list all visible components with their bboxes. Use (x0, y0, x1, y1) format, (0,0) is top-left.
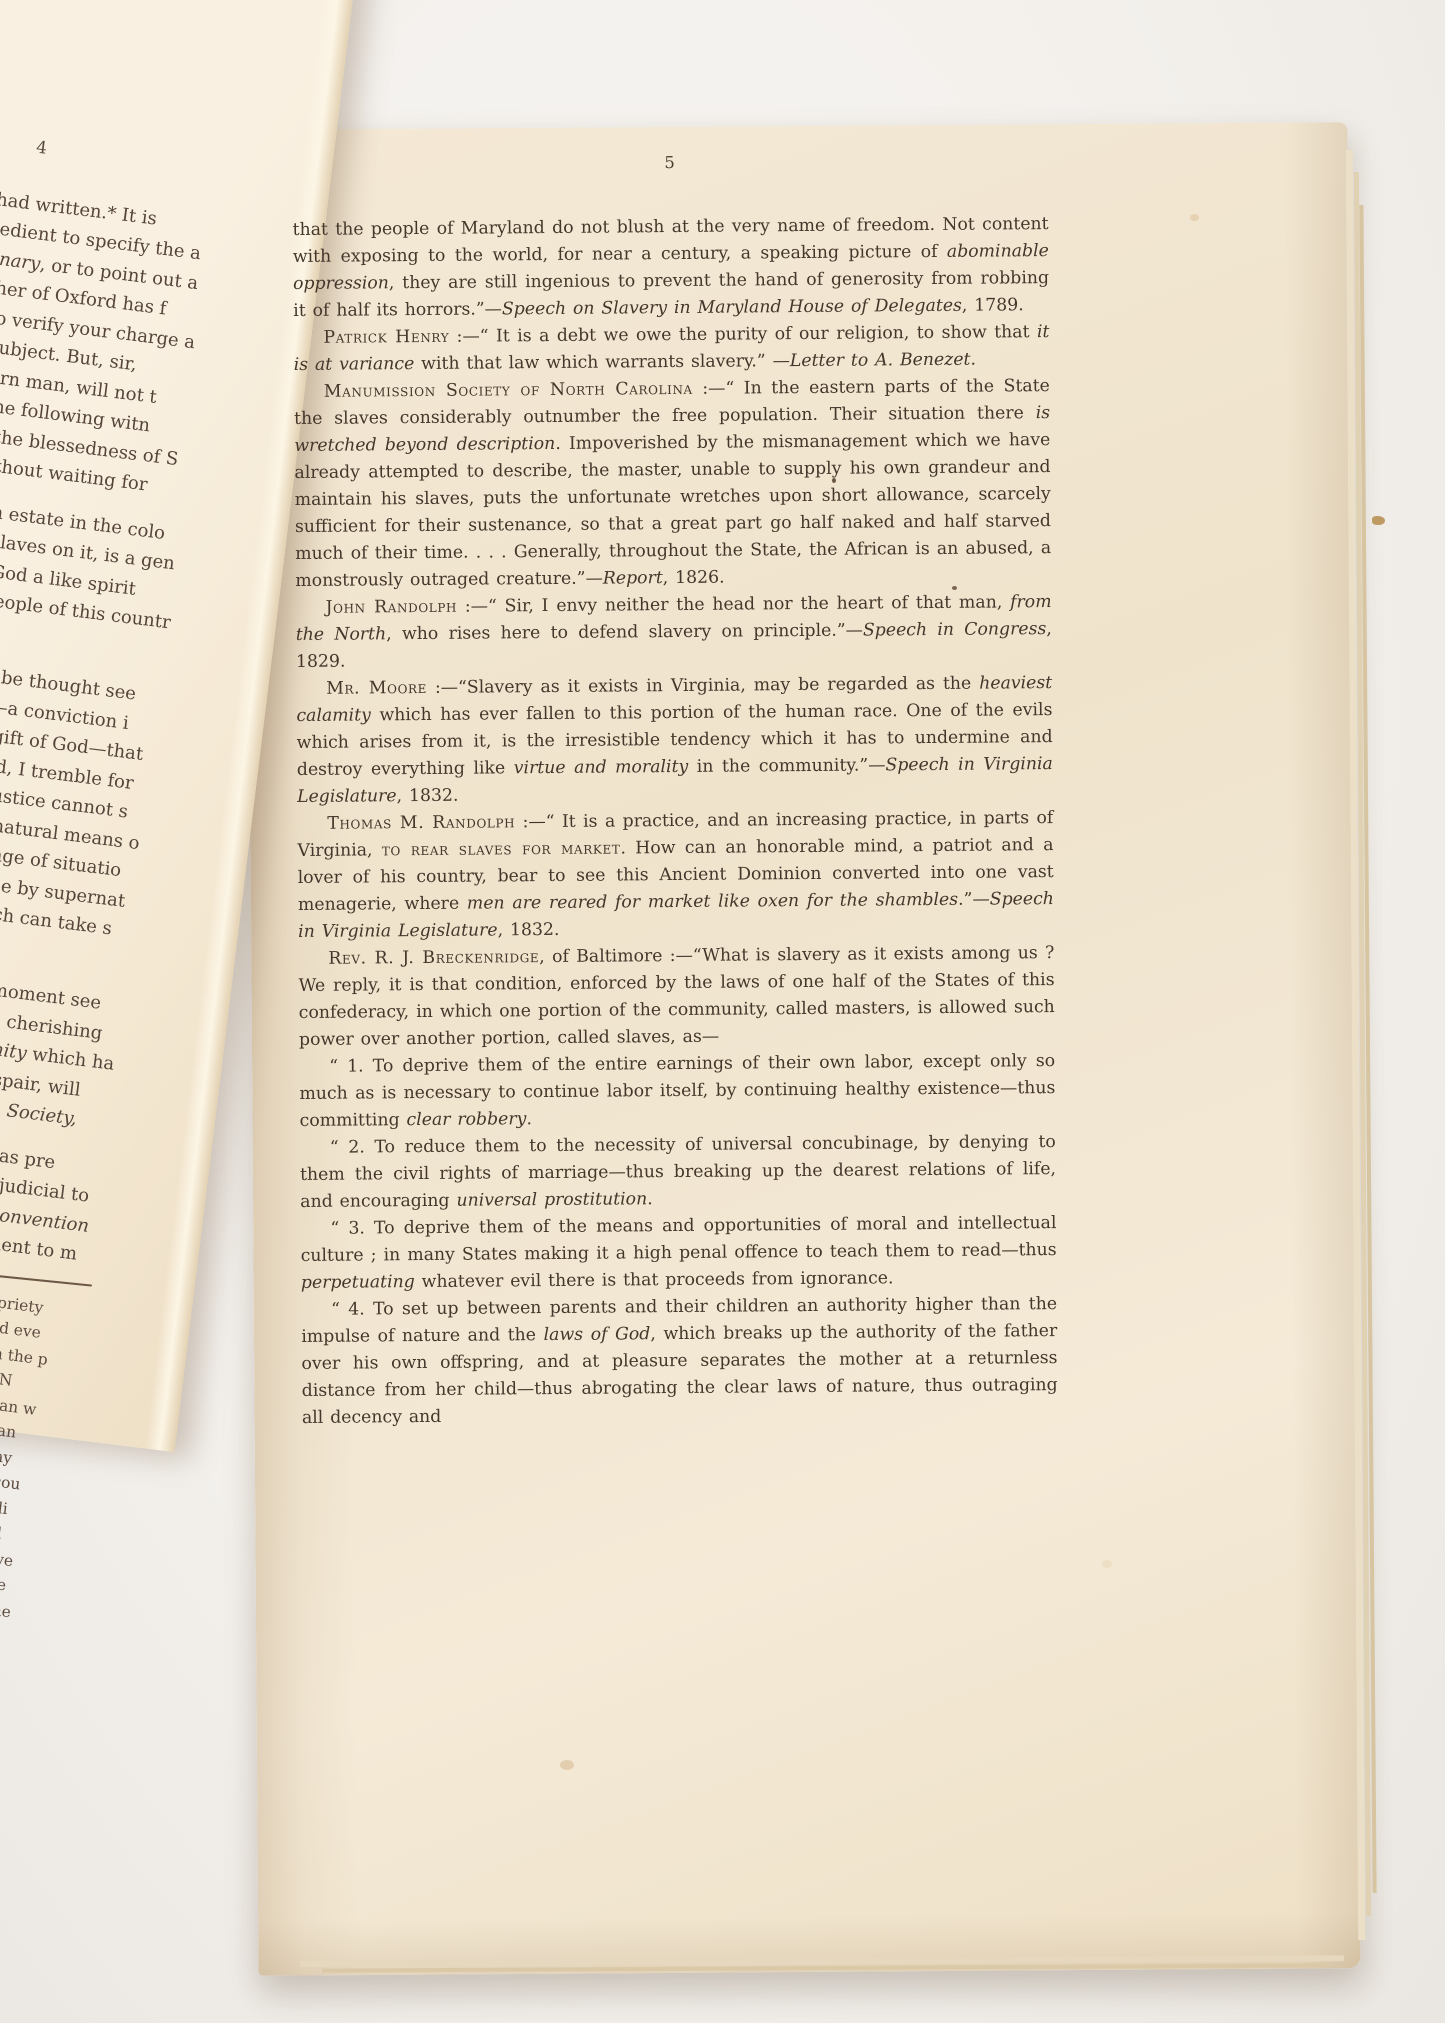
italic-run: Letter to A. Benezet. (790, 350, 976, 371)
text-run: in the community.”— (688, 755, 885, 777)
text-run: gland might with equal propriety (0, 1267, 44, 1317)
book-photo: 4 what he had written.* It isd it inexpe… (0, 0, 1445, 2023)
smallcaps-run: Rev. R. J. Breckenridge (328, 947, 539, 969)
paragraph: “ 4. To set up between parents and their… (301, 1291, 1058, 1432)
foxing-stain (560, 1760, 574, 1770)
paragraph: Patrick Henry :—“ It is a debt we owe th… (293, 319, 1049, 379)
ink-speck (952, 586, 957, 590)
text-run: , 1832. (397, 786, 459, 806)
italic-run: Speech on Slavery in Maryland House of D… (502, 296, 962, 320)
smallcaps-run: Patrick Henry (323, 327, 449, 348)
text-run: , 1832. (498, 920, 560, 940)
text-run: “ 2. To reduce them to the necessity of … (300, 1132, 1056, 1212)
text-run: , 1826. (663, 568, 725, 588)
italic-run: perpetuating (301, 1272, 415, 1293)
italic-run: virtue and morality (514, 757, 689, 778)
text-run: :—“Slavery as it exists in Virginia, may… (427, 674, 979, 698)
smallcaps-run: to rear slaves for market (382, 838, 621, 860)
foxing-stain (1102, 1560, 1112, 1568)
page-number-5: 5 (292, 146, 1048, 179)
text-run: .”— (958, 890, 990, 910)
paragraph: that the people of Maryland do not blush… (293, 211, 1050, 325)
italic-run: universal prostitution (456, 1189, 647, 1210)
paragraph: Thomas M. Randolph :—“ It is a practice,… (297, 805, 1054, 946)
italic-run: clear robbery (406, 1109, 526, 1130)
foxing-stain (1190, 214, 1199, 221)
page5-paragraphs: that the people of Maryland do not blush… (293, 211, 1059, 1432)
paragraph: Rev. R. J. Breckenridge, of Baltimore :—… (298, 940, 1055, 1054)
italic-run: Report (603, 568, 663, 588)
smallcaps-run: Thomas M. Randolph (327, 812, 515, 833)
smallcaps-run: John Randolph (326, 597, 458, 618)
paragraph: “ 3. To deprive them of the means and op… (300, 1210, 1057, 1297)
text-run: :—“ Sir, I envy neither the head nor the… (457, 592, 1010, 616)
edge-stain (1372, 516, 1385, 525)
page5-text-column: 5 that the people of Maryland do not blu… (292, 146, 1058, 1432)
italic-run: men are reared for market like oxen for … (467, 890, 958, 914)
text-run: , who rises here to defend slavery on pr… (386, 621, 863, 645)
smallcaps-run: Mr. Moore (326, 678, 427, 699)
text-run: that the people of Maryland do not blush… (293, 214, 1049, 267)
text-run: :—“ It is a debt we owe the purity of ou… (449, 322, 1037, 347)
text-run: with that law which warrants slavery.” — (414, 351, 790, 374)
smallcaps-run: Manumission Society of North Carolina (324, 379, 693, 402)
paragraph: John Randolph :—“ Sir, I envy neither th… (295, 589, 1052, 676)
ink-speck (832, 478, 836, 483)
paragraph: “ 1. To deprive them of the entire earni… (299, 1048, 1056, 1135)
paragraph: “ 2. To reduce them to the necessity of … (300, 1129, 1057, 1216)
paragraph: Manumission Society of North Carolina :—… (294, 373, 1052, 595)
text-run: whatever evil there is that proceeds fro… (415, 1268, 894, 1292)
italic-run: laws of God (544, 1324, 651, 1345)
text-run: “ 3. To deprive them of the means and op… (301, 1213, 1057, 1266)
text-run: , 1789. (962, 295, 1024, 315)
paragraph: Mr. Moore :—“Slavery as it exists in Vir… (296, 670, 1053, 811)
text-run: . (526, 1109, 532, 1129)
italic-run: Speech in Congress (863, 619, 1047, 640)
text-run: . (647, 1189, 653, 1209)
